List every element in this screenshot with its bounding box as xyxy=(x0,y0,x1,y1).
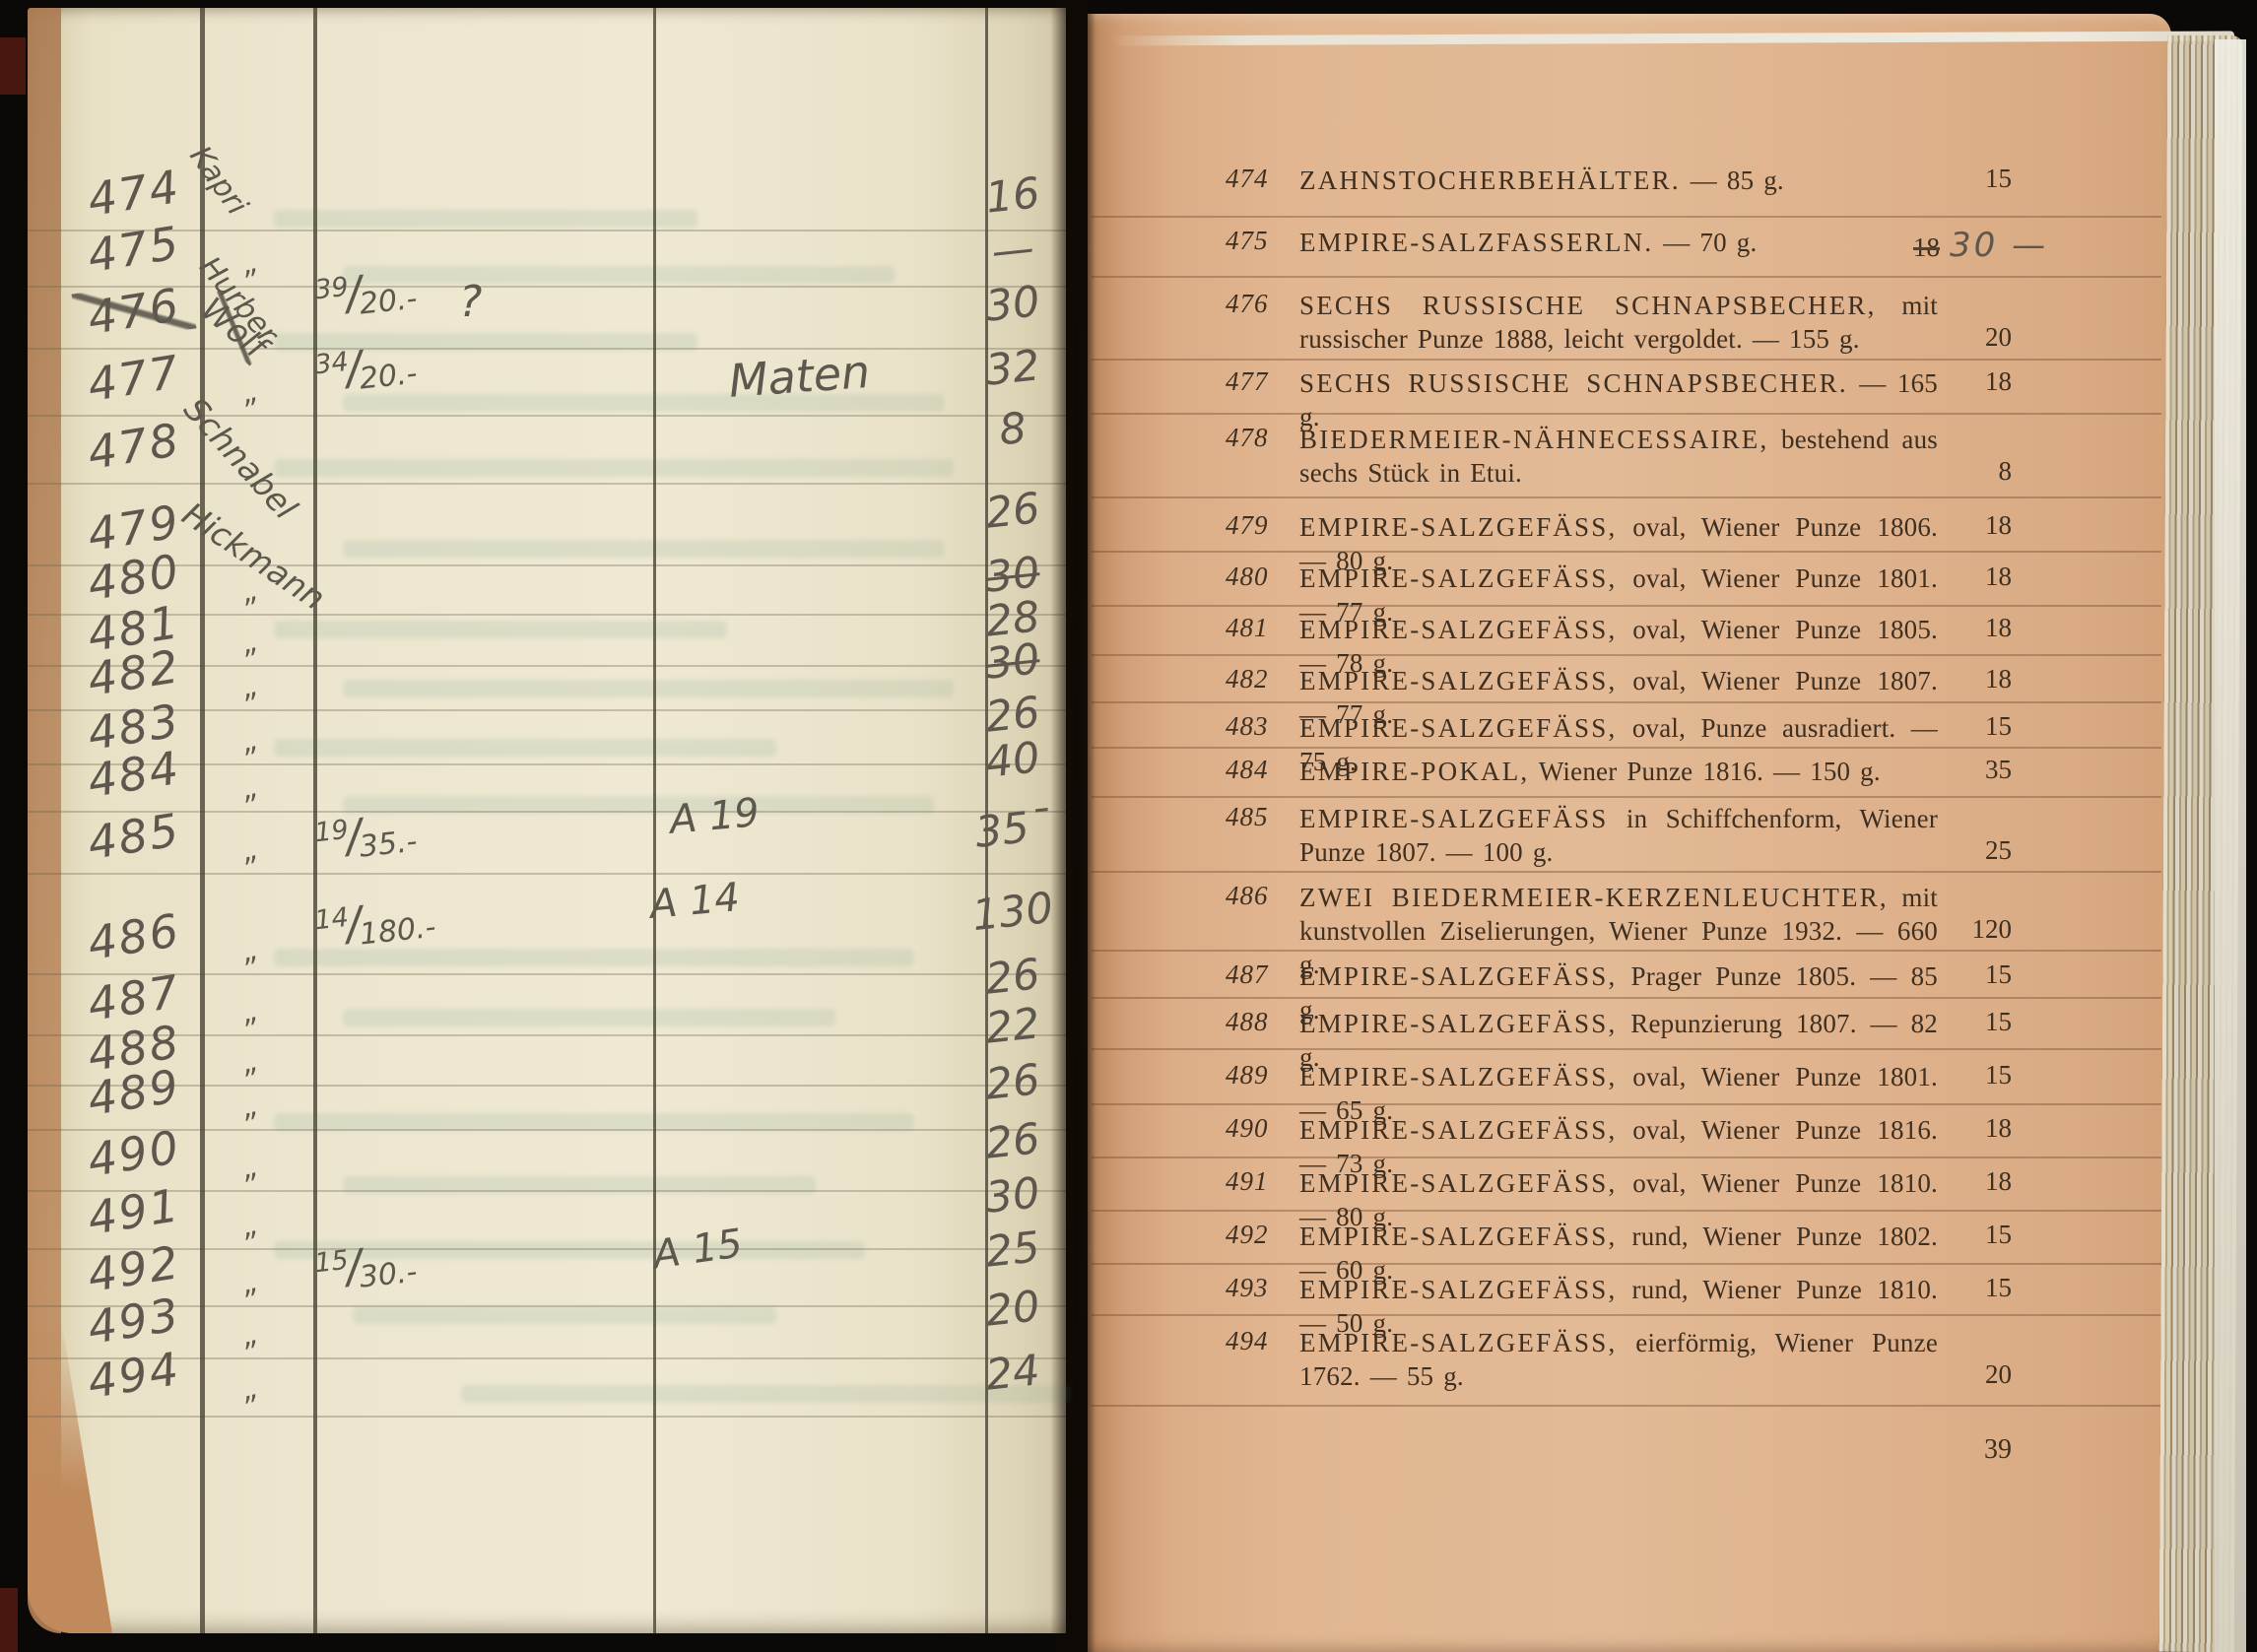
catalog-lot-number: 482 xyxy=(1226,664,1287,694)
limit-denominator: 20.- xyxy=(358,357,419,397)
ditto-mark: „ xyxy=(238,1317,262,1355)
ledger-page: 474KapriHurber16475„—476Wolf39/20.-?Mate… xyxy=(28,8,1066,1633)
ditto-mark: „ xyxy=(238,245,262,283)
estimate-price: 15 xyxy=(1925,1007,2012,1037)
catalog-entry-title: EMPIRE-SALZGEFÄSS, xyxy=(1299,713,1617,743)
handwritten-price: 30 — xyxy=(1950,226,2048,265)
row-separator-line xyxy=(28,483,1066,485)
limit-denominator: 35.- xyxy=(358,825,419,865)
crossed-out-price: 18 xyxy=(1913,232,1940,263)
estimate-price: 15 xyxy=(1925,1220,2012,1250)
entry-separator-line xyxy=(1092,216,2161,218)
catalog-lot-number: 490 xyxy=(1226,1113,1287,1144)
catalog-entry-title: SECHS RUSSISCHE SCHNAPSBECHER. xyxy=(1299,368,1848,398)
catalog-entry-text: EMPIRE-POKAL, Wiener Punze 1816. — 150 g… xyxy=(1299,755,1938,788)
estimate-price-corrected: 1830 — xyxy=(1913,226,2120,265)
limit-note: 15/30.- xyxy=(312,1233,419,1299)
entry-separator-line xyxy=(1092,871,2161,873)
estimate-price: 15 xyxy=(1925,164,2012,194)
catalog-entry-title: EMPIRE-SALZGEFÄSS, xyxy=(1299,961,1617,991)
catalog-entry-title: EMPIRE-SALZGEFÄSS, xyxy=(1299,563,1617,593)
column-rule xyxy=(200,8,205,1633)
estimate-price: 15 xyxy=(1925,1060,2012,1090)
row-separator-line xyxy=(28,873,1066,875)
ditto-mark: „ xyxy=(238,1208,262,1245)
ditto-mark: „ xyxy=(238,625,262,662)
catalog-lot-number: 491 xyxy=(1226,1166,1287,1197)
limit-note: 39/20.- xyxy=(312,260,419,326)
lot-number: 486 xyxy=(72,901,197,972)
ditto-mark: „ xyxy=(238,933,262,970)
print-bleed-ghost xyxy=(274,621,727,638)
estimate-price: 18 xyxy=(1925,562,2012,592)
ditto-mark: „ xyxy=(238,374,262,412)
limit-note: 14/180.- xyxy=(312,889,437,957)
annotation: A 19 xyxy=(668,790,762,843)
estimate-price: 20 xyxy=(1925,1359,2012,1390)
print-bleed-ghost xyxy=(274,459,954,477)
estimate-price: 35 xyxy=(1925,755,2012,785)
catalog-lot-number: 485 xyxy=(1226,802,1287,832)
ditto-mark: „ xyxy=(238,1089,262,1126)
catalog-lot-number: 489 xyxy=(1226,1060,1287,1090)
catalog-lot-number: 474 xyxy=(1226,164,1287,194)
ditto-mark: „ xyxy=(238,1044,262,1082)
page-number: 39 xyxy=(1925,1434,2012,1466)
catalog-entry-text: EMPIRE-SALZGEFÄSS in Schiffchenform, Wie… xyxy=(1299,802,1938,869)
lot-number: 478 xyxy=(72,411,197,482)
print-bleed-ghost xyxy=(343,540,944,558)
entry-separator-line xyxy=(1092,796,2161,798)
entry-separator-line xyxy=(1092,359,2161,361)
catalog-entry-title: EMPIRE-SALZGEFÄSS, xyxy=(1299,1009,1617,1038)
catalog-entry-title: EMPIRE-SALZGEFÄSS xyxy=(1299,804,1608,833)
catalog-entry-title: EMPIRE-SALZGEFÄSS, xyxy=(1299,666,1617,695)
estimate-price: 18 xyxy=(1925,510,2012,541)
ditto-mark: „ xyxy=(238,832,262,870)
entry-separator-line xyxy=(1092,1405,2161,1407)
limit-denominator: 180.- xyxy=(358,910,437,953)
estimate-price: 25 xyxy=(1925,835,2012,866)
book-scan: 474KapriHurber16475„—476Wolf39/20.-?Mate… xyxy=(0,0,2257,1652)
catalog-entry-title: SECHS RUSSISCHE SCHNAPSBECHER, xyxy=(1299,291,1877,320)
estimate-price: 18 xyxy=(1925,1113,2012,1144)
catalog-entry-title: EMPIRE-SALZGEFÄSS, xyxy=(1299,1062,1617,1091)
ditto-mark: „ xyxy=(238,723,262,760)
ditto-mark: „ xyxy=(238,770,262,808)
catalog-entry-detail: Wiener Punze 1816. — 150 g. xyxy=(1539,757,1881,786)
catalog-entry-title: EMPIRE-SALZGEFÄSS, xyxy=(1299,615,1617,644)
catalog-entry-detail: — 70 g. xyxy=(1663,228,1757,257)
annotation: Maten xyxy=(727,345,872,408)
print-bleed-ghost xyxy=(343,266,895,284)
catalog-lot-number: 478 xyxy=(1226,423,1287,453)
estimate-price: 18 xyxy=(1925,366,2012,397)
estimate-price: 18 xyxy=(1925,664,2012,694)
query-mark: ? xyxy=(459,277,482,327)
cover-mark-bottom xyxy=(0,1588,18,1652)
catalog-lot-number: 487 xyxy=(1226,959,1287,990)
limit-denominator: 20.- xyxy=(358,282,419,322)
estimate-price: 15 xyxy=(1925,711,2012,742)
catalog-lot-number: 483 xyxy=(1226,711,1287,742)
catalog-entry-title: EMPIRE-SALZFASSERLN. xyxy=(1299,228,1653,257)
print-bleed-ghost xyxy=(343,1009,835,1026)
catalog-lot-number: 481 xyxy=(1226,613,1287,643)
estimate-price: 120 xyxy=(1925,914,2012,945)
catalog-entry-title: EMPIRE-SALZGEFÄSS, xyxy=(1299,1115,1617,1145)
print-bleed-ghost xyxy=(274,739,776,757)
catalog-lot-number: 493 xyxy=(1226,1273,1287,1303)
catalog-entry-title: EMPIRE-SALZGEFÄSS, xyxy=(1299,1168,1617,1198)
catalog-lot-number: 477 xyxy=(1226,366,1287,397)
catalog-entry-title: ZAHNSTOCHERBEHÄLTER. xyxy=(1299,165,1681,195)
entry-separator-line xyxy=(1092,496,2161,498)
limit-note: 34/20.- xyxy=(312,335,419,401)
page-stack-white-edge xyxy=(2215,39,2246,1652)
estimate-price: 15 xyxy=(1925,1273,2012,1303)
catalog-lot-number: 476 xyxy=(1226,289,1287,319)
print-bleed-ghost xyxy=(274,210,697,228)
catalog-lot-number: 475 xyxy=(1226,226,1287,256)
catalog-entry-text: EMPIRE-SALZGEFÄSS, eierförmig, Wiener Pu… xyxy=(1299,1326,1938,1393)
catalog-entry-title: EMPIRE-POKAL, xyxy=(1299,757,1529,786)
estimate-price: 18 xyxy=(1925,613,2012,643)
catalog-entry-title: EMPIRE-SALZGEFÄSS, xyxy=(1299,1275,1617,1304)
catalog-entry-text: BIEDERMEIER-NÄHNECESSAIRE, bestehend aus… xyxy=(1299,423,1938,490)
book-gutter xyxy=(1050,0,1095,1652)
row-separator-line xyxy=(28,1416,1066,1418)
catalog-lot-number: 480 xyxy=(1226,562,1287,592)
estimate-price: 20 xyxy=(1925,322,2012,353)
catalog-lot-number: 492 xyxy=(1226,1220,1287,1250)
ditto-mark: „ xyxy=(238,669,262,706)
catalog-lot-number: 484 xyxy=(1226,755,1287,785)
annotation: A 14 xyxy=(648,875,742,928)
catalog-lot-number: 479 xyxy=(1226,510,1287,541)
estimate-price: 15 xyxy=(1925,959,2012,990)
estimate-price: 18 xyxy=(1925,1166,2012,1197)
cover-mark-top xyxy=(0,37,26,95)
ditto-mark: „ xyxy=(238,1371,262,1409)
catalog-entry-text: EMPIRE-SALZFASSERLN. — 70 g. xyxy=(1299,226,1938,259)
catalog-entry-text: SECHS RUSSISCHE SCHNAPSBECHER, mit russi… xyxy=(1299,289,1938,356)
print-bleed-ghost xyxy=(353,1306,776,1324)
ditto-mark: „ xyxy=(238,994,262,1031)
print-bleed-ghost xyxy=(343,680,954,697)
catalog-entry-title: BIEDERMEIER-NÄHNECESSAIRE, xyxy=(1299,425,1768,454)
ditto-mark: „ xyxy=(238,1265,262,1302)
catalog-entry-title: EMPIRE-SALZGEFÄSS, xyxy=(1299,1222,1617,1251)
catalog-lot-number: 488 xyxy=(1226,1007,1287,1037)
entry-separator-line xyxy=(1092,276,2161,278)
catalog-page: 474ZAHNSTOCHERBEHÄLTER. — 85 g.15475EMPI… xyxy=(1088,14,2171,1652)
catalog-entry-detail: — 85 g. xyxy=(1691,165,1784,195)
annotation: A 15 xyxy=(650,1221,746,1278)
ditto-mark: „ xyxy=(238,1150,262,1187)
catalog-lot-number: 486 xyxy=(1226,881,1287,911)
limit-note: 19/35.- xyxy=(312,803,419,869)
estimate-price: 8 xyxy=(1925,456,2012,487)
catalog-entry-title: EMPIRE-SALZGEFÄSS, xyxy=(1299,1328,1617,1357)
catalog-entry-title: ZWEI BIEDERMEIER-KERZENLEUCHTER, xyxy=(1299,883,1889,912)
catalog-lot-number: 494 xyxy=(1226,1326,1287,1356)
lot-number: 477 xyxy=(72,343,197,414)
limit-denominator: 30.- xyxy=(358,1255,419,1295)
catalog-entry-title: EMPIRE-SALZGEFÄSS, xyxy=(1299,512,1617,542)
catalog-entry-text: ZAHNSTOCHERBEHÄLTER. — 85 g. xyxy=(1299,164,1938,197)
column-rule xyxy=(653,8,656,1633)
